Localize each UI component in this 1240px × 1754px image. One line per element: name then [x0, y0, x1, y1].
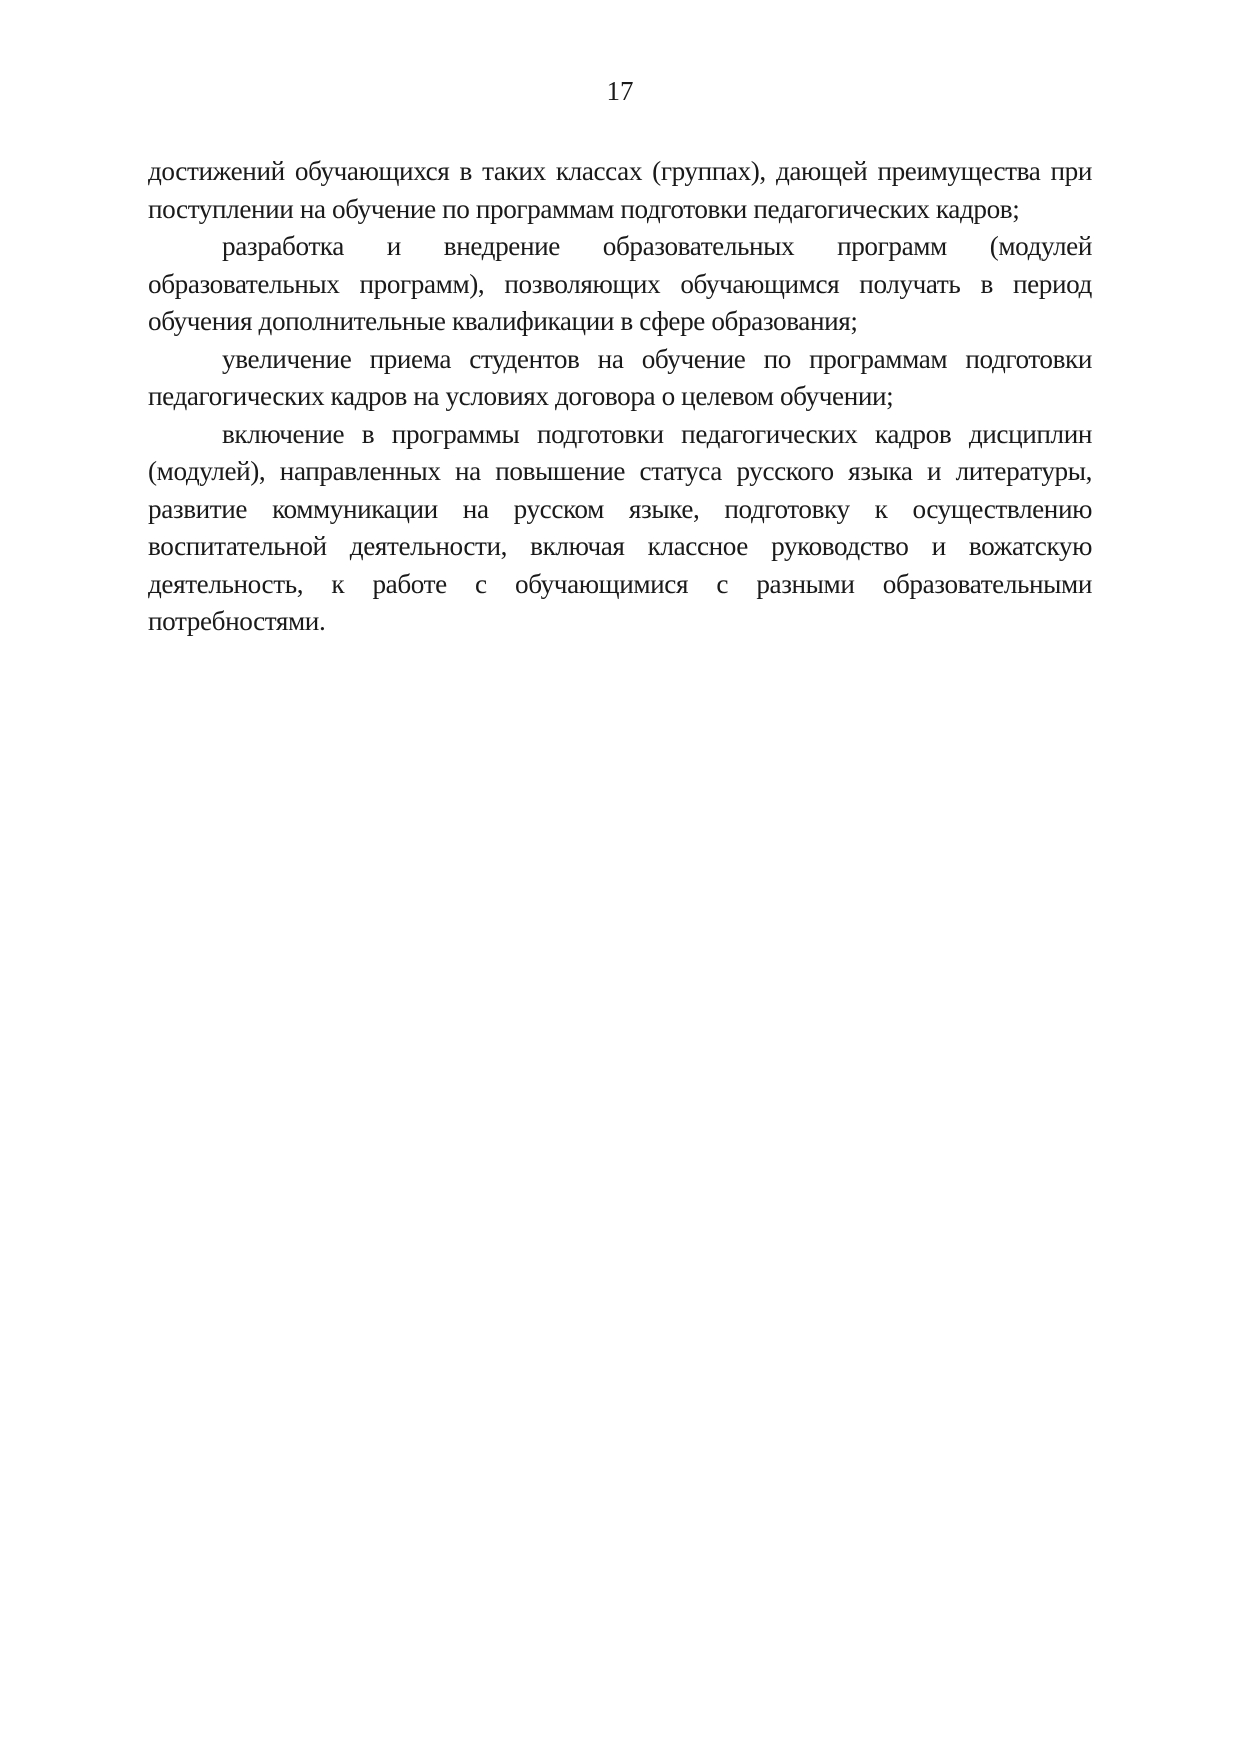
paragraph-student-admission: увеличение приема студентов на обучение …	[148, 341, 1092, 416]
document-body: достижений обучающихся в таких классах (…	[148, 153, 1092, 641]
paragraph-disciplines-inclusion: включение в программы подготовки педагог…	[148, 416, 1092, 641]
paragraph-educational-programs: разработка и внедрение образовательных п…	[148, 228, 1092, 341]
paragraph-continuation: достижений обучающихся в таких классах (…	[148, 153, 1092, 228]
page-number: 17	[0, 74, 1240, 108]
